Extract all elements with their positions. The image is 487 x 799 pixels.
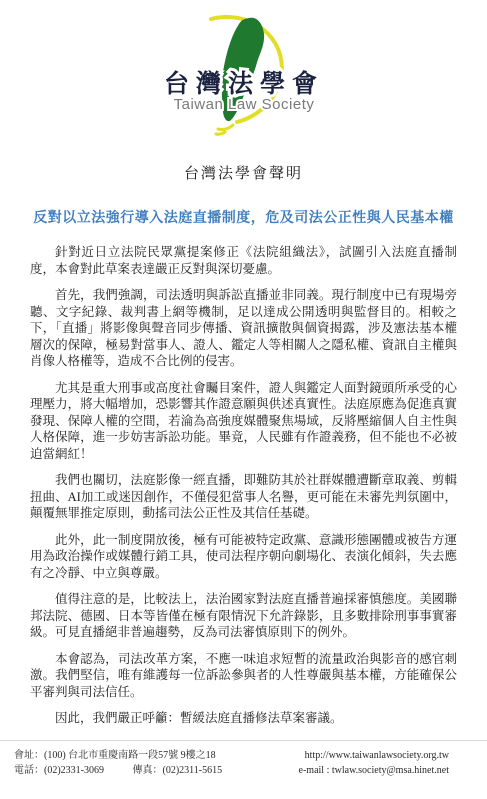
paragraph-3: 尤其是重大刑事或高度社會矚目案件，證人與鑑定人面對鏡頭所承受的心理壓力，將大幅增… [30,380,457,463]
taiwan-law-society-logo-icon: 台灣法學會 台灣法學會 Taiwan Law Society Taiwan La… [149,10,339,136]
footer-phone: 電話：(02)2331-3069 [14,765,104,776]
paragraph-7: 本會認為，司法改革方案，不應一味追求短暫的流量政治與影音的感官刺激。我們堅信，唯… [30,651,457,701]
footer-contact-block: 會址：(100) 台北市重慶南路一段57號 9樓之18 電話：(02)2331-… [14,748,222,778]
logo-chinese-name: 台灣法學會 [163,69,323,98]
statement-body: 針對近日立法院民眾黨提案修正《法院組織法》，試圖引入法庭直播制度，本會對此草案表… [30,244,457,727]
paragraph-1: 針對近日立法院民眾黨提案修正《法院組織法》，試圖引入法庭直播制度，本會對此草案表… [30,244,457,277]
paragraph-8: 因此，我們嚴正呼籲：暫緩法庭直播修法草案審議。 [30,710,457,727]
statement-page: 台灣法學會 台灣法學會 Taiwan Law Society Taiwan La… [0,0,487,799]
footer-website-link[interactable]: http://www.taiwanlawsociety.org.tw [299,748,449,763]
footer-address: 會址：(100) 台北市重慶南路一段57號 9樓之18 [14,748,222,763]
paragraph-5: 此外，此一制度開放後，極有可能被特定政黨、意識形態團體或被告方運用為政治操作或媒… [30,532,457,582]
footer-fax: 傳真：(02)2311-5615 [133,765,223,776]
logo-swoosh-tail-icon [216,125,233,134]
footer: 會址：(100) 台北市重慶南路一段57號 9樓之18 電話：(02)2331-… [0,740,487,778]
statement-title: 台灣法學會聲明 [0,162,487,183]
paragraph-4: 我們也關切，法庭影像一經直播，即難防其於社群媒體遭斷章取義、剪輯扭曲、AI加工或… [30,472,457,522]
logo-english-name: Taiwan Law Society [173,96,314,113]
footer-phone-fax-line: 電話：(02)2331-3069 傳真：(02)2311-5615 [14,763,222,778]
footer-web-block: http://www.taiwanlawsociety.org.tw e-mai… [299,748,449,778]
logo: 台灣法學會 台灣法學會 Taiwan Law Society Taiwan La… [0,0,487,136]
paragraph-6: 值得注意的是，比較法上，法治國家對法庭直播普遍採審慎態度。美國聯邦法院、德國、日… [30,591,457,641]
paragraph-2: 首先，我們強調，司法透明與訴訟直播並非同義。現行制度中已有現場旁聽、文字紀錄、裁… [30,287,457,370]
statement-subtitle: 反對以立法強行導入法庭直播制度，危及司法公正性與人民基本權 [0,207,487,227]
footer-email[interactable]: e-mail : twlaw.society@msa.hinet.net [299,763,449,778]
